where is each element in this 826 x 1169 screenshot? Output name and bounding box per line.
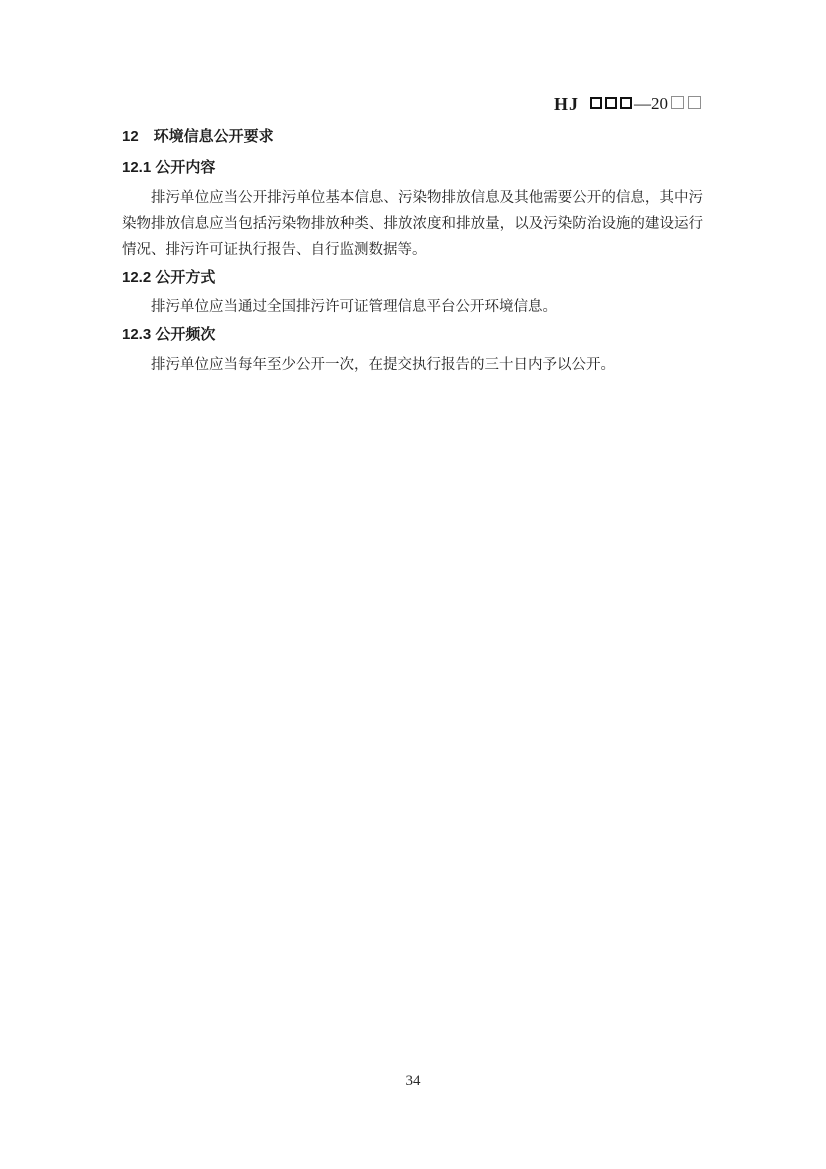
section-heading-12-3: 12.3 公开频次 (122, 326, 703, 344)
standard-number-placeholder-square (590, 97, 602, 109)
page-number: 34 (0, 1070, 826, 1092)
standard-year-placeholder-square (671, 96, 684, 109)
section-heading-12: 12 环境信息公开要求 (122, 128, 703, 146)
standard-code-prefix: HJ (554, 94, 579, 114)
page-content: HJ—20 12 环境信息公开要求 12.1 公开内容 排污单位应当公开排污单位… (122, 93, 703, 378)
standard-year-squares (669, 95, 703, 112)
standard-year-placeholder-square (688, 96, 701, 109)
standard-number-squares (588, 95, 633, 112)
standard-code-header: HJ—20 (122, 93, 703, 115)
paragraph-disclosure-method: 排污单位应当通过全国排污许可证管理信息平台公开环境信息。 (122, 294, 703, 320)
standard-year-separator: —20 (634, 94, 668, 113)
paragraph-disclosure-frequency: 排污单位应当每年至少公开一次，在提交执行报告的三十日内予以公开。 (122, 352, 703, 378)
section-heading-12-2: 12.2 公开方式 (122, 269, 703, 287)
paragraph-disclosure-content: 排污单位应当公开排污单位基本信息、污染物排放信息及其他需要公开的信息，其中污染物… (122, 185, 703, 263)
standard-number-placeholder-square (620, 97, 632, 109)
document-page: HJ—20 12 环境信息公开要求 12.1 公开内容 排污单位应当公开排污单位… (0, 0, 826, 1169)
standard-number-placeholder-square (605, 97, 617, 109)
section-heading-12-1: 12.1 公开内容 (122, 159, 703, 177)
